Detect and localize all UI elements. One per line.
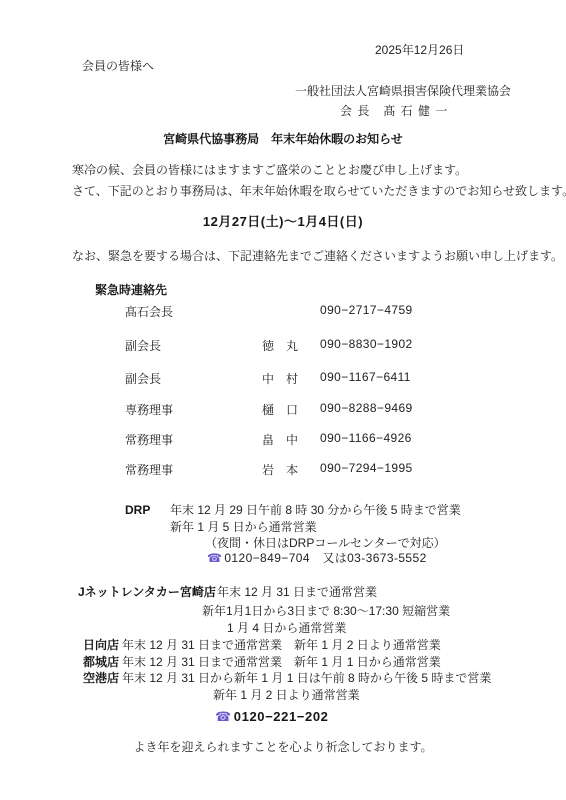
jnet-store-hours-line-2: 新年1月1日から3日まで 8:30～17:30 短縮営業 — [202, 604, 450, 619]
contact-title: 副会長 — [125, 370, 161, 387]
jnet-store-hours-line-1: 年末 12 月 31 日まで通常営業 — [217, 585, 377, 600]
contact-name: 岩 本 — [262, 461, 298, 478]
closing-message: よき年を迎えられますことを心より祈念しております。 — [0, 740, 566, 755]
drp-callcenter-note: （夜間・休日はDRPコールセンターで対応） — [205, 536, 446, 551]
notice-title: 宮崎県代協事務局 年末年始休暇のお知らせ — [0, 132, 566, 147]
drp-hours-line-2: 新年 1 月 5 日から通常営業 — [170, 520, 317, 535]
contact-phone: 090−1166−4926 — [320, 431, 412, 445]
contact-phone: 090−8288−9469 — [320, 401, 413, 415]
contact-row: 副会長 徳 丸 090−8830−1902 — [0, 337, 566, 353]
contact-title: 常務理事 — [125, 461, 173, 478]
contact-name: 樋 口 — [262, 401, 298, 418]
recipient-line: 会員の皆様へ — [82, 59, 154, 74]
contact-phone: 090−8830−1902 — [320, 337, 413, 351]
jnet-phone-line: ☎0120−221−202 — [215, 709, 328, 724]
drp-phone-number: 0120−849−704 又は03-3673-5552 — [224, 551, 426, 565]
jnet-store-label: Jネットレンタカー宮崎店 — [78, 585, 216, 600]
contact-phone: 090−7294−1995 — [320, 461, 413, 475]
contact-phone: 090−2717−4759 — [320, 303, 413, 317]
holiday-period: 12月27日(土)～1月4日(日) — [0, 214, 566, 229]
contact-row: 副会長 中 村 090−1167−6411 — [0, 370, 566, 386]
greeting-line-2: さて、下記のとおり事務局は、年末年始休暇を取らせていただきますのでお知らせ致しま… — [72, 184, 566, 199]
drp-phone-line: ☎0120−849−704 又は03-3673-5552 — [207, 551, 427, 566]
contact-name: 徳 丸 — [262, 337, 298, 354]
hyuga-branch-hours: 年末 12 月 31 日まで通常営業 新年 1 月 2 日より通常営業 — [122, 638, 441, 653]
contact-row: 専務理事 樋 口 090−8288−9469 — [0, 401, 566, 417]
contact-title: 髙石会長 — [125, 303, 173, 320]
contact-row: 常務理事 岩 本 090−7294−1995 — [0, 461, 566, 477]
emergency-contacts-heading: 緊急時連絡先 — [95, 283, 167, 298]
telephone-icon: ☎ — [215, 709, 232, 724]
contact-title: 副会長 — [125, 337, 161, 354]
emergency-note: なお、緊急を要する場合は、下記連絡先までご連絡くださいますようお願い申し上げます… — [72, 249, 563, 264]
contact-phone: 090−1167−6411 — [320, 370, 411, 384]
document-date: 2025年12月26日 — [375, 43, 464, 58]
contact-title: 常務理事 — [125, 431, 173, 448]
contact-name: 畠 中 — [262, 431, 298, 448]
airport-branch-hours-line-2: 新年 1 月 2 日より通常営業 — [213, 688, 360, 703]
contact-name: 中 村 — [262, 370, 298, 387]
notice-document-page: 2025年12月26日 会員の皆様へ 一般社団法人宮崎県損害保険代理業協会 会 … — [0, 0, 566, 800]
hyuga-branch-label: 日向店 — [83, 638, 119, 653]
drp-hours-line-1: 年末 12 月 29 日午前 8 時 30 分から午後 5 時まで営業 — [170, 503, 461, 518]
telephone-icon: ☎ — [207, 551, 222, 565]
contact-row: 常務理事 畠 中 090−1166−4926 — [0, 431, 566, 447]
jnet-store-hours-line-3: 1 月 4 日から通常営業 — [227, 621, 346, 636]
airport-branch-label: 空港店 — [83, 671, 119, 686]
miyakonojo-branch-hours: 年末 12 月 31 日まで通常営業 新年 1 月 1 日から通常営業 — [122, 655, 441, 670]
jnet-phone-number: 0120−221−202 — [234, 709, 329, 724]
contact-row: 髙石会長 090−2717−4759 — [0, 303, 566, 319]
airport-branch-hours: 年末 12 月 31 日から新年 1 月 1 日は午前 8 時から午後 5 時ま… — [122, 671, 491, 686]
president-name: 会 長 髙 石 健 一 — [340, 104, 448, 119]
miyakonojo-branch-label: 都城店 — [83, 655, 119, 670]
contact-title: 専務理事 — [125, 401, 173, 418]
drp-label: DRP — [125, 503, 150, 518]
organization-name: 一般社団法人宮崎県損害保険代理業協会 — [295, 84, 511, 99]
greeting-line-1: 寒冷の候、会員の皆様にはますますご盛栄のこととお慶び申し上げます。 — [72, 163, 467, 178]
